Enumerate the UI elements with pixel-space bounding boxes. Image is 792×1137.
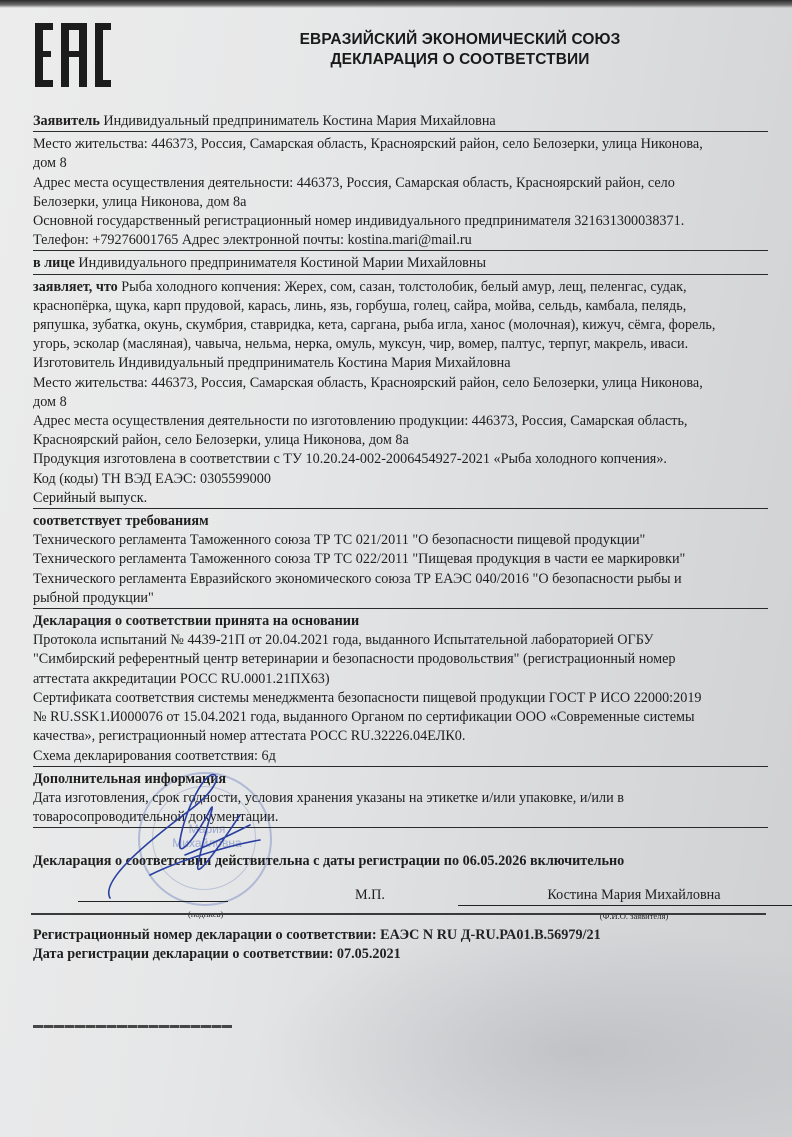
manufacturer: Изготовитель Индивидуальный предпринимат… [33,354,768,373]
requirement-item: Технического регламента Таможенного союз… [33,531,768,550]
applicant-label: Заявитель [33,113,100,129]
serial-release: Серийный выпуск. [33,489,768,509]
handwritten-signature-icon [90,770,290,900]
product-declaration: заявляет, что Рыба холодного копчения: Ж… [33,278,768,355]
product-list-line: Рыба холодного копчения: Жерех, сом, саз… [121,279,686,295]
faded-bleed-text: ▬▬▬▬▬▬▬▬▬▬▬▬▬▬▬▬▬▬▬ [33,1020,233,1031]
tnved-code: Код (коды) ТН ВЭД ЕАЭС: 0305599000 [33,470,768,489]
applicant-name: Индивидуальный предприниматель Костина М… [103,113,495,129]
document-header: ЕВРАЗИЙСКИЙ ЭКОНОМИЧЕСКИЙ СОЮЗ ДЕКЛАРАЦИ… [200,30,720,70]
product-list-line: ряпушка, зубатка, окунь, скумбрия, ставр… [33,316,768,335]
document-title: ДЕКЛАРАЦИЯ О СООТВЕТСТВИИ [200,50,720,70]
union-title: ЕВРАЗИЙСКИЙ ЭКОНОМИЧЕСКИЙ СОЮЗ [200,30,720,50]
signer-name: Костина Мария Михайловна [473,886,792,905]
photo-shadow [260,920,792,1137]
applicant-row: Заявитель Индивидуальный предприниматель… [33,112,768,132]
declares-label: заявляет, что [33,279,118,295]
product-list-line: угорь, эсколар (масляная), чавыча, нельм… [33,335,768,354]
declaration-scheme: Схема декларирования соответствия: 6д [33,747,768,767]
represented-by-label: в лице [33,255,75,271]
requirements-label: соответствует требованиям [33,512,768,531]
management-certificate: Сертификата соответствия системы менеджм… [33,689,768,747]
test-protocol: Протокола испытаний № 4439-21П от 20.04.… [33,631,768,689]
photo-top-edge [0,0,792,8]
technical-conditions: Продукция изготовлена в соответствии с Т… [33,450,768,469]
represented-by-row: в лице Индивидуального предпринимателя К… [33,254,768,274]
requirement-item: Технического регламента Таможенного союз… [33,550,768,569]
basis-label: Декларация о соответствии принята на осн… [33,612,768,631]
applicant-activity-address: Адрес места осуществления деятельности: … [33,174,768,212]
bottom-rule [31,913,766,915]
seal-place-label: М.П. [355,886,385,905]
product-list-line: краснопёрка, щука, карп прудовой, карась… [33,297,768,316]
applicant-ogrnip: Основной государственный регистрационный… [33,212,768,231]
manufacturer-residence: Место жительства: 446373, Россия, Самарс… [33,374,768,412]
signer-name-line [458,905,792,906]
requirement-item: рыбной продукции" [33,589,768,609]
eac-logo-icon [35,23,111,87]
requirement-item: Технического регламента Евразийского эко… [33,570,768,589]
represented-by-name: Индивидуального предпринимателя Костиной… [78,255,486,271]
applicant-residence: Место жительства: 446373, Россия, Самарс… [33,135,768,173]
manufacturer-activity-address: Адрес места осуществления деятельности п… [33,412,768,450]
signature-line [78,901,228,902]
applicant-contacts: Телефон: +79276001765 Адрес электронной … [33,231,768,251]
